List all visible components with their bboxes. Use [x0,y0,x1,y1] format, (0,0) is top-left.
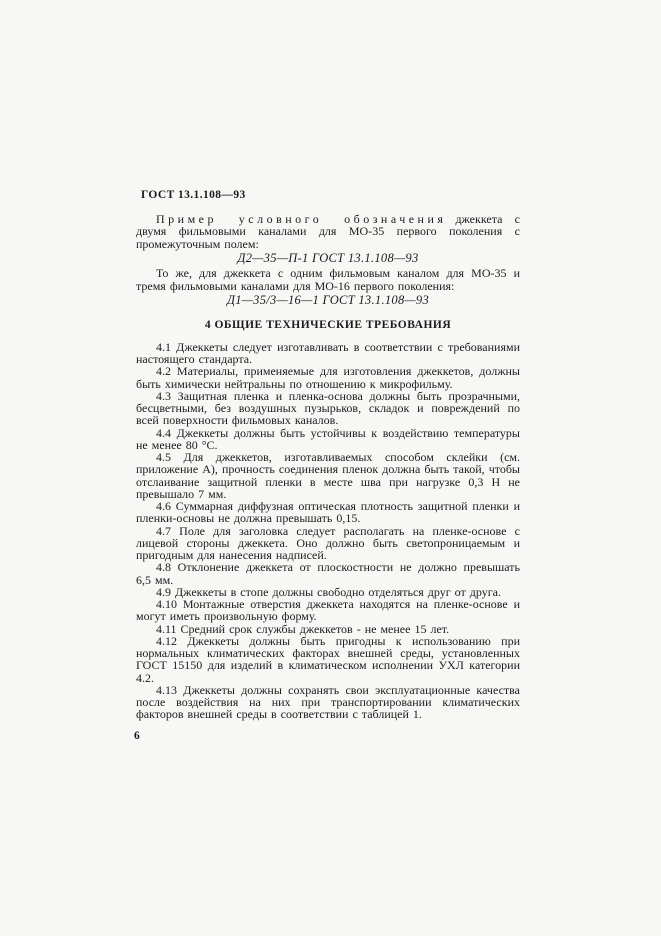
running-header-standard-number: ГОСТ 13.1.108—93 [141,189,520,201]
clause-4-5: 4.5 Для джеккетов, изготавливаемых спосо… [136,451,520,500]
clause-4-8: 4.8 Отклонение джеккета от плоскостности… [136,561,520,586]
clause-4-2: 4.2 Материалы, применяемые для изготовле… [136,365,520,390]
page-number: 6 [134,730,140,742]
clause-4-3: 4.3 Защитная пленка и пленка-основа долж… [136,390,520,427]
clause-4-13: 4.13 Джеккеты должны сохранять свои эксп… [136,684,520,721]
section-heading-general-requirements: 4 ОБЩИЕ ТЕХНИЧЕСКИЕ ТРЕБОВАНИЯ [136,319,520,332]
clause-4-1: 4.1 Джеккеты следует изготавливать в соо… [136,341,520,366]
clause-4-12: 4.12 Джеккеты должны быть пригодны к исп… [136,635,520,684]
document-page: ГОСТ 13.1.108—93 Пример условного обозна… [0,0,661,936]
designation-code-1: Д2—35—П-1 ГОСТ 13.1.108—93 [136,252,520,266]
text-block: ГОСТ 13.1.108—93 Пример условного обозна… [136,189,520,721]
clause-4-4: 4.4 Джеккеты должны быть устойчивы к воз… [136,427,520,452]
same-for-paragraph: То же, для джеккета с одним фильмовым ка… [136,267,520,292]
clause-4-11: 4.11 Средний срок службы джеккетов - не … [136,623,520,635]
example-paragraph: Пример условного обозначенияджеккета с д… [136,213,520,250]
designation-code-2: Д1—35/3—16—1 ГОСТ 13.1.108—93 [136,294,520,308]
clause-4-7: 4.7 Поле для заголовка следует располага… [136,525,520,562]
clause-4-10: 4.10 Монтажные отверстия джеккета находя… [136,598,520,623]
clause-4-6: 4.6 Суммарная диффузная оптическая плотн… [136,500,520,525]
